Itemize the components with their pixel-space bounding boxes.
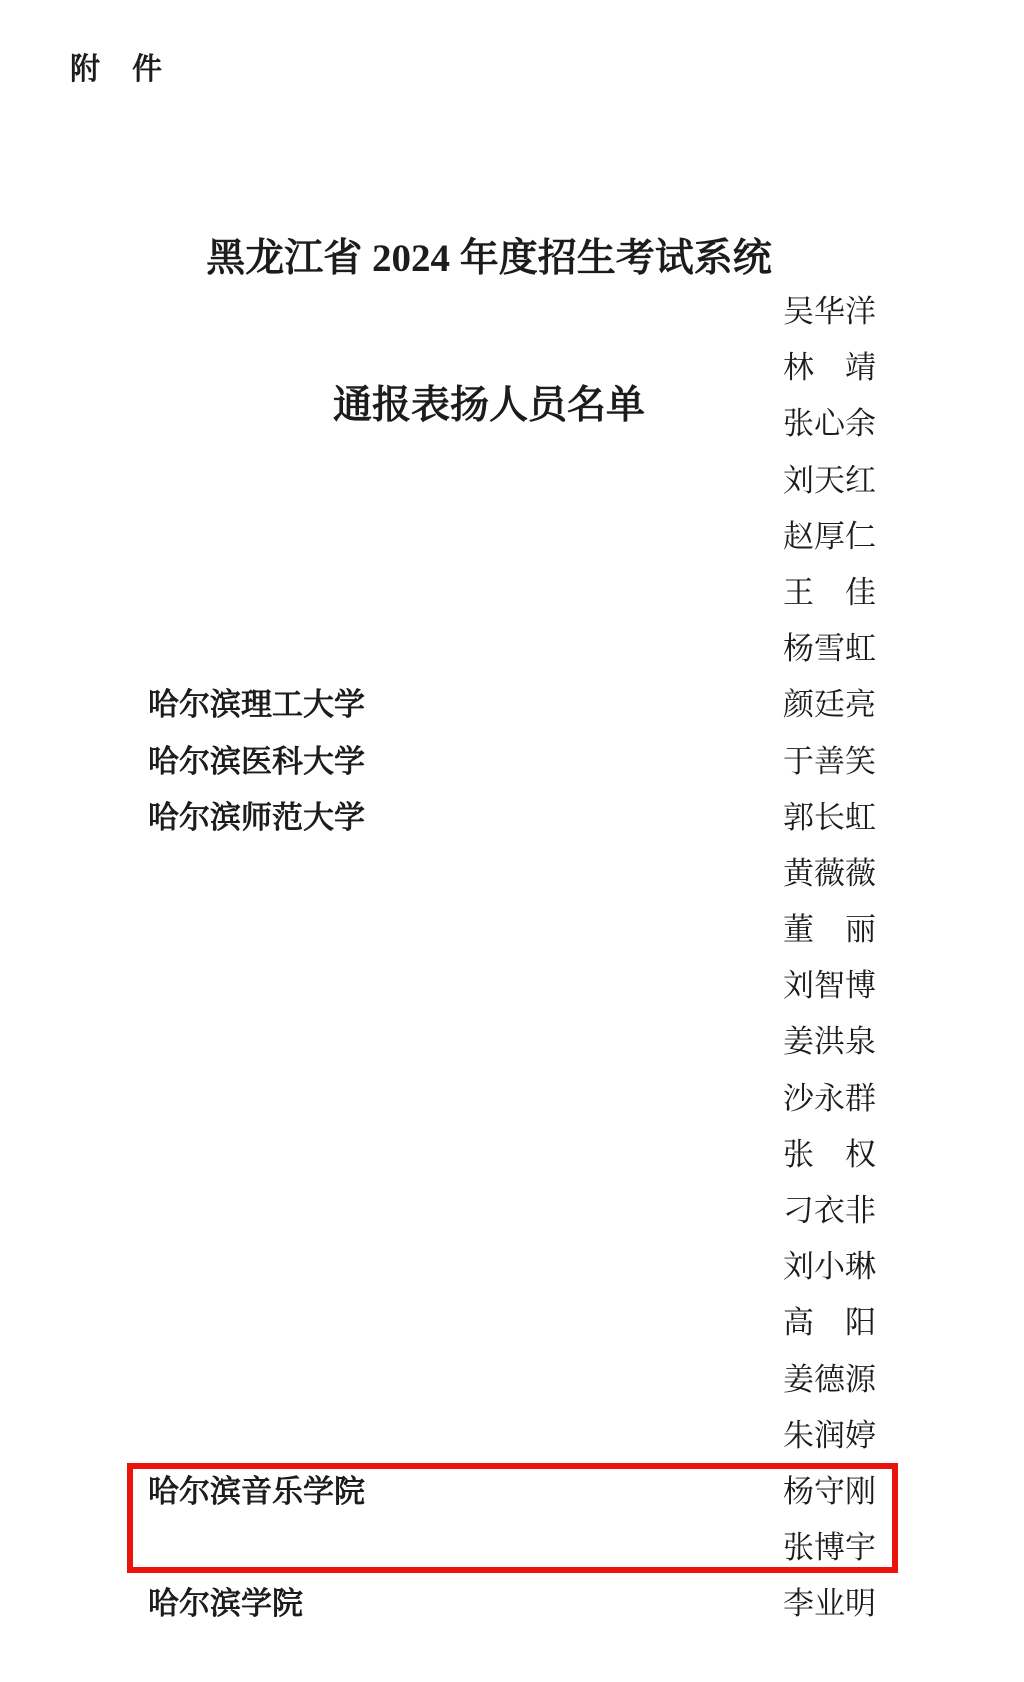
institution-name: 哈尔滨师范大学 [148, 790, 365, 846]
person-name: 黄薇薇 [783, 846, 876, 902]
list-row: 哈尔滨学院 李业明 [0, 1576, 1024, 1632]
attachment-label: 附 件 [70, 44, 163, 88]
institution-name: 哈尔滨医科大学 [148, 734, 365, 790]
list-row: 哈尔滨理工大学 颜廷亮 [0, 677, 1024, 733]
institution-name: 哈尔滨学院 [148, 1576, 303, 1632]
list-row: 张 权 [0, 1127, 1024, 1183]
person-name: 林 靖 [783, 340, 876, 396]
highlight-box [127, 1463, 898, 1573]
list-row: 刘小琳 [0, 1239, 1024, 1295]
list-row: 杨雪虹 [0, 621, 1024, 677]
person-name: 张 权 [783, 1127, 876, 1183]
document-page: 附 件 黑龙江省 2024 年度招生考试系统 通报表扬人员名单 吴华洋 林 靖 … [0, 0, 1024, 1682]
person-name: 郭长虹 [783, 790, 876, 846]
list-row: 刘天红 [0, 453, 1024, 509]
list-row: 姜洪泉 [0, 1014, 1024, 1070]
person-name: 张心余 [783, 396, 876, 452]
list-row: 哈尔滨医科大学 于善笑 [0, 734, 1024, 790]
person-name: 刘天红 [783, 453, 876, 509]
list-row: 林 靖 [0, 340, 1024, 396]
person-name: 董 丽 [783, 902, 876, 958]
person-name: 颜廷亮 [783, 677, 876, 733]
list-row: 王 佳 [0, 565, 1024, 621]
person-name: 王 佳 [783, 565, 876, 621]
list-row: 沙永群 [0, 1071, 1024, 1127]
list-row: 董 丽 [0, 902, 1024, 958]
person-name: 吴华洋 [783, 284, 876, 340]
commendation-list: 吴华洋 林 靖 张心余 刘天红 赵厚仁 王 佳 杨雪虹 哈尔滨理工大学 颜廷亮 … [0, 284, 1024, 1633]
person-name: 姜德源 [783, 1352, 876, 1408]
person-name: 于善笑 [783, 734, 876, 790]
list-row: 刁衣非 [0, 1183, 1024, 1239]
list-row: 刘智博 [0, 958, 1024, 1014]
list-row: 朱润婷 [0, 1408, 1024, 1464]
list-row: 张心余 [0, 396, 1024, 452]
person-name: 赵厚仁 [783, 509, 876, 565]
list-row: 哈尔滨师范大学 郭长虹 [0, 790, 1024, 846]
document-title-line-1: 黑龙江省 2024 年度招生考试系统 [0, 234, 978, 283]
list-row: 赵厚仁 [0, 509, 1024, 565]
list-row: 姜德源 [0, 1352, 1024, 1408]
person-name: 刘智博 [783, 958, 876, 1014]
list-row: 吴华洋 [0, 284, 1024, 340]
person-name: 刁衣非 [783, 1183, 876, 1239]
person-name: 朱润婷 [783, 1408, 876, 1464]
list-row: 黄薇薇 [0, 846, 1024, 902]
person-name: 刘小琳 [783, 1239, 876, 1295]
person-name: 高 阳 [783, 1295, 876, 1351]
person-name: 李业明 [783, 1576, 876, 1632]
list-row: 高 阳 [0, 1295, 1024, 1351]
person-name: 杨雪虹 [783, 621, 876, 677]
person-name: 姜洪泉 [783, 1014, 876, 1070]
institution-name: 哈尔滨理工大学 [148, 677, 365, 733]
person-name: 沙永群 [783, 1071, 876, 1127]
